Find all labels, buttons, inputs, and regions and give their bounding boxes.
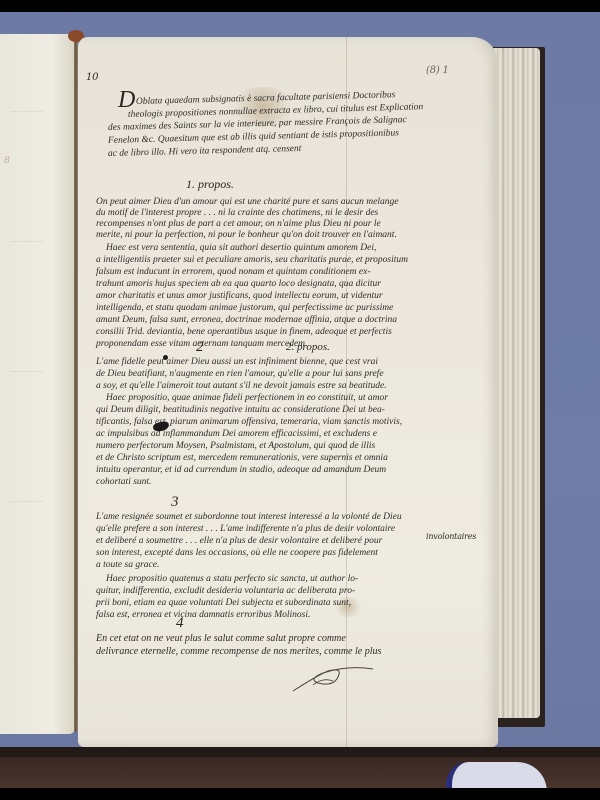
text-line: delivrance eternelle, comme recompense d… — [96, 646, 381, 657]
marginal-insert: involontaires — [426, 532, 476, 541]
text-line: L'ame resignée soumet et subordonne tout… — [96, 512, 402, 522]
proposition-number: 2 — [196, 339, 204, 356]
photo-scene: 8 ............... ............... ......… — [0, 12, 600, 788]
censure-line: tificantis, falsa est, piarum animarum o… — [96, 417, 402, 427]
censure-line: qui Deum diligit, beatitudinis negative … — [96, 405, 385, 415]
intro-paragraph: D Oblata quaedam subsignatis è sacra fac… — [108, 95, 488, 175]
censure-line: numero perfectorum Moysen, Psalmistam, e… — [96, 441, 375, 451]
text-line: L'ame fidelle peut aimer Dieu aussi un e… — [96, 357, 378, 367]
proposition-3: 3 L'ame resignée soumet et subordonne to… — [96, 502, 491, 622]
proposition-heading: 1. propos. — [186, 177, 234, 192]
folio-number-right: (8) 1 — [426, 65, 449, 76]
paraph-signature — [288, 665, 378, 693]
censure-line: Haec propositio, quae animae fideli perf… — [106, 393, 388, 403]
censure-line: consilii Trid. deviantia, bene operantib… — [96, 327, 392, 337]
left-page: 8 ............... ............... ......… — [0, 34, 75, 734]
proposition-2: 2 2. propos. L'ame fidelle peut aimer Di… — [96, 339, 491, 489]
censure-line: cohortati sunt. — [96, 477, 151, 487]
censure-line: amor charitatis et unus amor justificans… — [96, 291, 383, 301]
manuscript-page: 10 (8) 1 D Oblata quaedam subsignatis è … — [78, 37, 498, 747]
letterbox-top — [0, 0, 600, 12]
text-line: a soy, et qu'elle l'aimeroit tout autant… — [96, 381, 387, 391]
censure-line: trahunt amoris hujus speciem ab ea qua q… — [96, 279, 381, 289]
censure-line: Haec est vera sententia, quia sit author… — [106, 243, 376, 253]
letterbox-bottom — [0, 788, 600, 800]
censure-line: a intelligentiis praeter sui et peculiar… — [96, 255, 408, 265]
proposition-4: 4 En cet etat on ne veut plus le salut c… — [96, 629, 491, 669]
censure-line: et de Christo scriptum est, mercedem rem… — [96, 453, 388, 463]
proposition-number: 3 — [171, 494, 179, 511]
ink-dot — [163, 355, 168, 360]
text-line: On peut aimer Dieu d'un amour qui est un… — [96, 197, 398, 207]
folio-number-left: 10 — [86, 72, 98, 83]
censure-line: amant Deum, falsa sunt, erronea, doctrin… — [96, 315, 397, 325]
censure-line: intuitu operantur, et id ad currendum in… — [96, 465, 386, 475]
censure-line: falsa est, erronea et vicina damnatis er… — [96, 610, 310, 620]
censure-line: intelligenda, et statu quodam animae jus… — [96, 303, 393, 313]
left-margin-mark: 8 — [4, 154, 10, 166]
intro-line: ac de libro illo. Hi vero ita respondent… — [108, 144, 302, 159]
text-line: du motif de l'interest propre . . . ni l… — [96, 208, 378, 218]
censure-line: prii boni, etiam ea quae voluntati Dei s… — [96, 598, 351, 608]
text-line: qu'elle prefere a son interest . . . L'a… — [96, 524, 395, 534]
text-line: son interest, excepté dans les occasions… — [96, 548, 378, 558]
censure-line: ac impulsibus ad inflammandum Dei amorem… — [96, 429, 377, 439]
proposition-number: 4 — [176, 615, 184, 632]
proposition-heading: 2. propos. — [286, 341, 330, 353]
text-line: recompenses n'ont plus de part a cet amo… — [96, 219, 381, 229]
censure-line: Haec propositio quatenus a statu perfect… — [106, 574, 358, 584]
text-line: a toute sa grace. — [96, 560, 159, 570]
text-line: de Dieu beatifiant, n'augmente en rien l… — [96, 369, 384, 379]
text-line: et deliberé a soumettre . . . elle n'a p… — [96, 536, 382, 546]
text-line: En cet etat on ne veut plus le salut com… — [96, 633, 346, 644]
censure-line: quitur, indifferentia, excludit desideri… — [96, 586, 355, 596]
white-cloth — [446, 762, 547, 788]
text-line: merite, ni pour la perfection, ni pour l… — [96, 230, 397, 240]
censure-line: falsum est inducunt in errorem, quod non… — [96, 267, 371, 277]
